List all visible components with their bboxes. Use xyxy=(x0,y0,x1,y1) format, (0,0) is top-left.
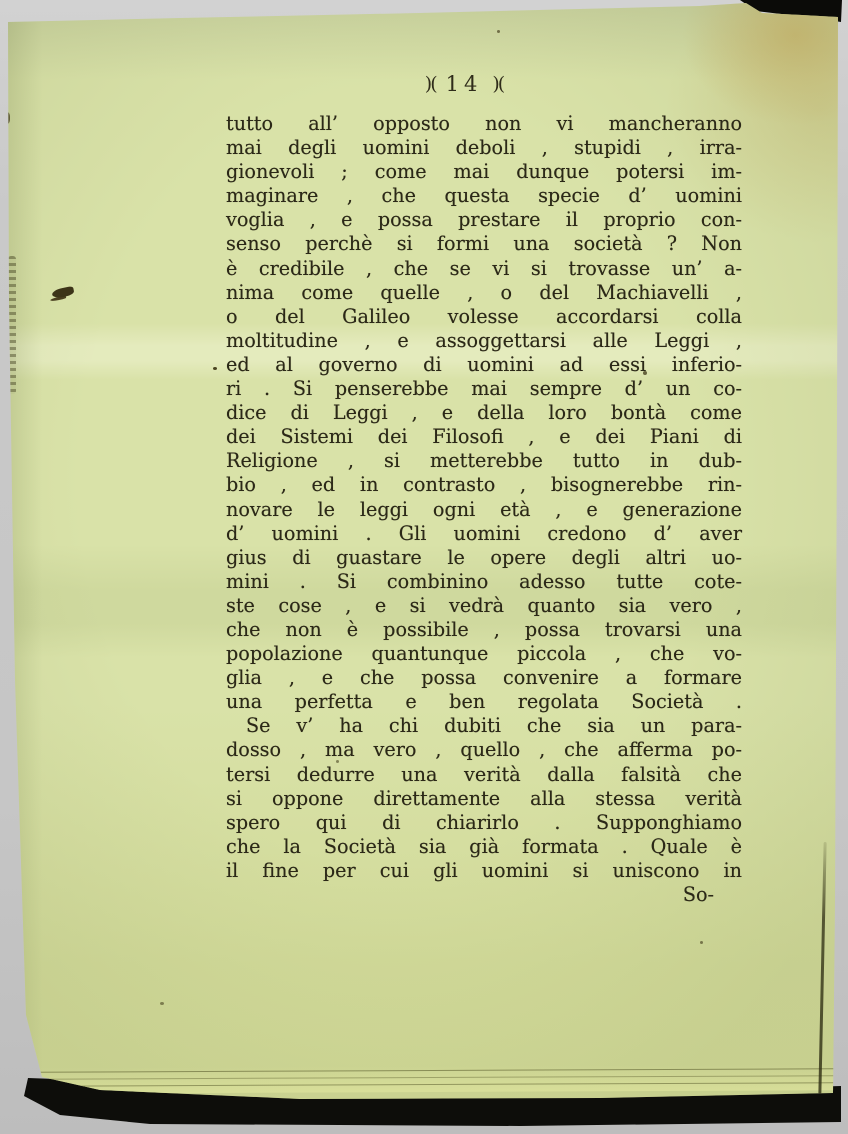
text-line: maginare , che questa specie d’ uomini xyxy=(226,184,742,208)
text-line: si oppone direttamente alla stessa verit… xyxy=(226,787,742,811)
text-line: ed al governo di uomini ad essi inferio- xyxy=(226,353,742,377)
text-line: moltitudine , e assoggettarsi alle Leggi… xyxy=(226,329,742,353)
left-edge-texture xyxy=(8,256,16,394)
text-line: dei Sistemi dei Filosofi , e dei Piani d… xyxy=(226,425,742,449)
catchword: So- xyxy=(226,883,742,907)
header-ornament-right: )( xyxy=(492,73,503,95)
text-line: popolazione quantunque piccola , che vo- xyxy=(226,642,742,666)
text-line: gionevoli ; come mai dunque potersi im- xyxy=(226,160,742,184)
text-line: che la Società sia già formata . Quale è xyxy=(226,835,742,859)
text-line: è credibile , che se vi si trovasse un’ … xyxy=(226,257,742,281)
text-line: nima come quelle , o del Machiavelli , xyxy=(226,281,742,305)
text-line: tersi dedurre una verità dalla falsità c… xyxy=(226,763,742,787)
text-line: tutto all’ opposto non vi mancheranno xyxy=(226,112,742,136)
paper-speck xyxy=(160,1002,164,1005)
text-line: novare le leggi ogni età , e generazione xyxy=(226,498,742,522)
book-page: )(14)( tutto all’ opposto non vi mancher… xyxy=(0,0,848,1134)
text-line: d’ uomini . Gli uomini credono d’ aver xyxy=(226,522,742,546)
text-line: dosso , ma vero , quello , che afferma p… xyxy=(226,738,742,762)
text-line: Se v’ ha chi dubiti che sia un para- xyxy=(226,714,742,738)
paper-speck xyxy=(700,941,703,944)
text-line: dice di Leggi , e della loro bontà come xyxy=(226,401,742,425)
text-line: ste cose , e si vedrà quanto sia vero , xyxy=(226,594,742,618)
page-number: 14 xyxy=(446,72,483,96)
text-line: voglia , e possa prestare il proprio con… xyxy=(226,208,742,232)
text-line: spero qui di chiarirlo . Supponghiamo xyxy=(226,811,742,835)
scan-background: { "page": { "header": { "ornament_left":… xyxy=(0,0,848,1134)
text-line: una perfetta e ben regolata Società . xyxy=(226,690,742,714)
text-line: glia , e che possa convenire a formare xyxy=(226,666,742,690)
text-line: senso perchè si formi una società ? Non xyxy=(226,232,742,256)
page-edge-lines xyxy=(34,1064,836,1093)
text-line: il fine per cui gli uomini si uniscono i… xyxy=(226,859,742,883)
text-line: mai degli uomini deboli , stupidi , irra… xyxy=(226,136,742,160)
page-text: )(14)( tutto all’ opposto non vi mancher… xyxy=(226,112,742,907)
text-line: o del Galileo volesse accordarsi colla xyxy=(226,305,742,329)
paper-speck xyxy=(213,367,217,370)
paper-speck xyxy=(3,112,10,124)
header-ornament-left: )( xyxy=(425,73,436,95)
text-line: mini . Si combinino adesso tutte cote- xyxy=(226,570,742,594)
paper-speck xyxy=(497,30,500,33)
text-line: che non è possibile , possa trovarsi una xyxy=(226,618,742,642)
text-line: Religione , si metterebbe tutto in dub- xyxy=(226,449,742,473)
text-line: ri . Si penserebbe mai sempre d’ un co- xyxy=(226,377,742,401)
text-line: bio , ed in contrasto , bisognerebbe rin… xyxy=(226,473,742,497)
text-line: gius di guastare le opere degli altri uo… xyxy=(226,546,742,570)
page-header: )(14)( xyxy=(206,72,722,97)
